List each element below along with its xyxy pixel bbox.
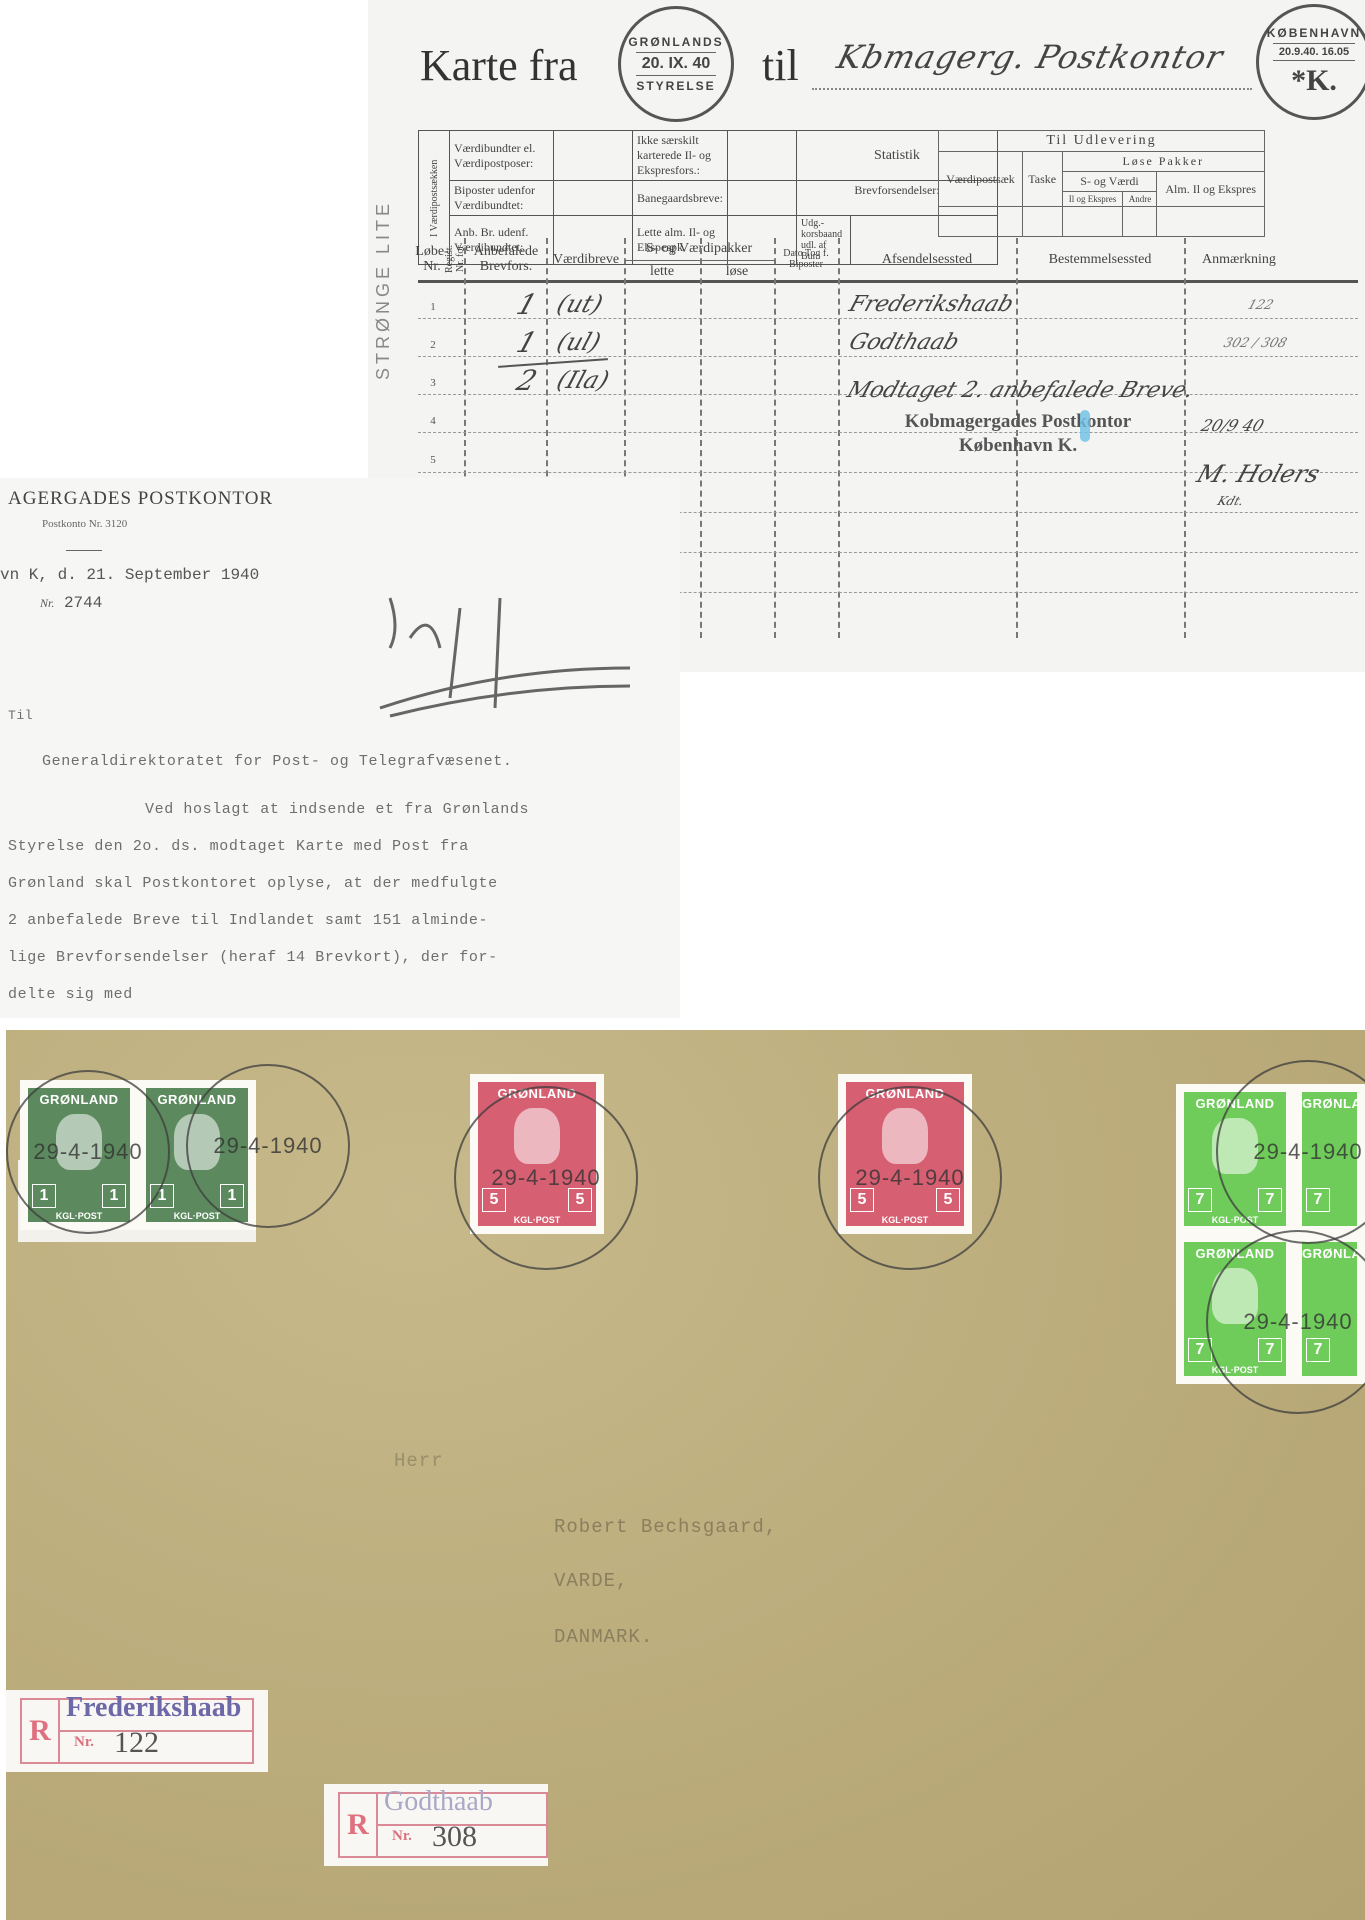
row-label: Ikke særskilt karterede Il- og Ekspresfo… [633,131,728,181]
label-frame: R Godthaab Nr. 308 [338,1792,548,1858]
salutation: Til [8,708,33,723]
stamp-value: 5 [568,1188,592,1212]
stamp-inscription: KGL·POST [846,1215,964,1225]
received-date: 20/9 40 [1199,416,1267,435]
stamp-value: 7 [1258,1188,1282,1212]
stamp-frame: GRØNLAND 7 7 KGL·POST [1184,1242,1286,1376]
stamp-country: GRØNLAND [28,1092,130,1107]
origin-place: Frederikshaab [66,1692,241,1724]
dateline: vn K, d. 21. September 1940 [0,566,259,584]
stamp-value: 1 [220,1184,244,1208]
recipient: Generaldirektoratet for Post- og Telegra… [42,753,512,770]
udlevering-header: Til Udlevering [939,131,1265,152]
stamp: GRØNLAND 7 7 KGL·POST [1176,1234,1294,1384]
postmark-ring: KØBENHAVN [1267,26,1361,40]
afsendelsessted-value: Godthaab [846,330,962,355]
anmaerkning-value: 122 [1246,298,1276,313]
stamp-value: 7 [1258,1338,1282,1362]
stamp-country: GRØNLAND [478,1086,596,1101]
kobenhavn-postmark: KØBENHAVN 20.9.40. 16.05 *K. [1256,4,1365,120]
body-line: lige Brevforsendelser (heraf 14 Brevkort… [8,949,498,966]
registered-r-icon: R [22,1700,60,1762]
stamp-inscription: KGL·POST [28,1211,130,1221]
stamp-inscription: KGL·POST [478,1215,596,1225]
nr-label: Nr. [392,1828,412,1845]
anbefalede-value: 1 [513,288,542,321]
nr-value: 2744 [64,594,102,612]
stamp-value: 5 [850,1188,874,1212]
row-label: Banegaardsbreve: [633,181,728,216]
stamp-frame: GRØNLAND 7 [1302,1242,1357,1376]
king-portrait-icon [1212,1118,1258,1174]
king-portrait-icon [882,1108,928,1164]
stamp-inscription: KGL·POST [1184,1215,1286,1225]
alm-il-ekspres-header: Alm. Il og Ekspres [1157,172,1265,207]
registered-r-icon: R [340,1794,378,1856]
stamp-value: 7 [1306,1188,1330,1212]
stamp-country: GRØNLAND [1302,1246,1357,1261]
row-number: 4 [418,415,448,427]
organization-name: AGERGADES POSTKONTOR [8,488,273,510]
king-portrait-icon [1212,1268,1258,1324]
value-cell [1157,207,1265,237]
stamp-frame: GRØNLAND 7 [1302,1092,1357,1226]
stamp: GRØNLAND 1 1 KGL·POST [138,1080,256,1230]
header-vaerdibreve: Værdibreve [548,238,624,280]
destination-handwritten: Kbmagerg. Postkontor [833,38,1227,76]
s-og-vaerdi-header: S- og Værdi [1062,172,1157,192]
body-line: Ved hoslagt at indsende et fra Grønlands [145,801,529,818]
andre-header: Andre [1123,192,1157,207]
type-value: (ut) [553,290,606,318]
header-lette: lette [624,260,700,281]
value-cell [554,131,633,181]
address-prefix: Herr [394,1450,444,1472]
gronlands-styrelse-postmark: GRØNLANDS 20. IX. 40 STYRELSE [618,6,734,122]
il-ekspres-header: Il og Ekspres [1062,192,1123,207]
anmaerkning-value: 302 / 308 [1222,336,1289,351]
address-line: Robert Bechsgaard, [554,1516,777,1538]
stamp: GRØNLAND 5 5 KGL·POST [838,1074,972,1234]
receiver-stamp-line2: København K. [848,434,1188,458]
header-lobe-nr: Løbe-Nr. [418,238,446,280]
postmark-date: 20.9.40. 16.05 [1273,43,1355,61]
stamp-value: 7 [1188,1338,1212,1362]
stamp: GRØNLAND 7 [1294,1234,1365,1384]
row-number: 1 [418,301,448,313]
header-regist-nr: Regist. Nr. for [446,238,464,280]
nr-label: Nr. [74,1734,94,1751]
postmark-ring-bottom: STYRELSE [636,79,715,93]
anbefalede-value: 2 [513,364,542,397]
destination-underline [812,88,1252,90]
address-line: VARDE, [554,1570,628,1592]
body-line: delte sig med [8,986,133,1003]
vertical-side-stamp: STRØNGE LITE [373,200,394,380]
king-portrait-icon [514,1108,560,1164]
karte-title: Karte fra [420,40,578,91]
stamp-value: 5 [482,1188,506,1212]
stamp: GRØNLAND 5 5 KGL·POST [470,1074,604,1234]
received-note: Modtaget 2. anbefalede Breve. [844,378,1197,403]
col-taske: Taske [1022,152,1062,207]
header-anbefalede: Anbefalede Brevfors. [466,238,546,280]
stamp-country: GRØNLAND [846,1086,964,1101]
row-number: 2 [418,339,448,351]
postmark-ring-top: GRØNLANDS [628,35,723,49]
column-divider [700,238,702,638]
body-line: Grønland skal Postkontoret oplyse, at de… [8,875,498,892]
lose-pakker-header: Løse Pakker [1062,152,1264,172]
stamp-value: 1 [102,1184,126,1208]
value-cell [1062,207,1123,237]
king-portrait-icon [56,1114,102,1170]
stamp-country: GRØNLAND [1184,1246,1286,1261]
receiver-stamp: Kobmagergades Postkontor København K. [848,410,1188,458]
grid-header: Løbe-Nr. Regist. Nr. for Anbefalede Brev… [418,238,1358,283]
signature-scrawl [370,578,650,728]
column-divider [774,238,776,638]
stamp-country: GRØNLAND [1302,1096,1357,1111]
postmark-letter: *K. [1291,64,1337,98]
header-anmaerkning: Anmærkning [1184,238,1294,280]
stamp: GRØNLAND 1 1 KGL·POST [20,1080,138,1230]
value-cell [939,207,1023,237]
nr-label: Nr. [40,596,54,610]
registered-envelope: GRØNLAND 1 1 KGL·POST GRØNLAND 1 1 KGL·P… [6,1030,1365,1920]
header-bestemmelsessted: Bestemmelsessted [1016,238,1184,280]
stamp-inscription: KGL·POST [1184,1365,1286,1375]
header-lose: løse [700,260,774,281]
afsendelsessted-value: Frederikshaab [846,292,1017,317]
label-frame: R Frederikshaab Nr. 122 [20,1698,254,1764]
reference-number: Nr. 2744 [40,594,102,612]
value-cell [1123,207,1157,237]
stamp-value: 7 [1306,1338,1330,1362]
registration-label: R Godthaab Nr. 308 [324,1784,548,1866]
body-line: 2 anbefalede Breve til Indlandet samt 15… [8,912,488,929]
anbefalede-value: 1 [513,326,542,359]
col-vaerdipostsaek: Værdipostsæk [939,152,1023,207]
value-cell [1022,207,1062,237]
stamp-frame: GRØNLAND 1 1 KGL·POST [28,1088,130,1222]
stamp-value: 1 [32,1184,56,1208]
karte-til-label: til [762,40,799,91]
registration-number: 308 [432,1820,477,1854]
stamp-frame: GRØNLAND 1 1 KGL·POST [146,1088,248,1222]
row-label: Værdibundter el. Værdipostposer: [450,131,554,181]
stamp-inscription: KGL·POST [146,1211,248,1221]
divider [66,550,102,551]
stamp-frame: GRØNLAND 5 5 KGL·POST [846,1082,964,1226]
stamp: GRØNLAND 7 7 KGL·POST [1176,1084,1294,1234]
stamp-frame: GRØNLAND 5 5 KGL·POST [478,1082,596,1226]
king-portrait-icon [174,1114,220,1170]
postkonto: Postkonto Nr. 3120 [42,518,127,530]
body-line: Styrelse den 2o. ds. modtaget Karte med … [8,838,469,855]
row-label: Biposter udenfor Værdibundtet: [450,181,554,216]
registration-label: R Frederikshaab Nr. 122 [6,1690,268,1772]
stamp: GRØNLAND 7 [1294,1084,1365,1234]
receiver-stamp-line1: Kobmagergades Postkontor [848,410,1188,434]
value-cell [554,181,633,216]
row-divider [418,318,1358,319]
row-number: 3 [418,377,448,389]
header-s-og-vaerdipakker: S- og Værdipakker [624,238,774,258]
row-number: 5 [418,454,448,466]
ink-mark [1080,410,1090,442]
row-divider [418,356,1358,357]
address-line: DANMARK. [554,1626,653,1648]
type-value: (Ila) [553,366,612,394]
type-value: (ul) [553,328,604,356]
stamp-country: GRØNLAND [146,1092,248,1107]
stamp-value: 5 [936,1188,960,1212]
column-divider [838,238,840,638]
cover-letter: AGERGADES POSTKONTOR Postkonto Nr. 3120 … [0,478,680,1018]
udlevering-table: Til Udlevering Værdipostsæk Taske Løse P… [938,130,1265,237]
value-cell [727,181,796,216]
value-cell [727,131,796,181]
signature-title: Kdt. [1216,494,1246,508]
stamp-value: 7 [1188,1188,1212,1212]
registration-number: 122 [114,1726,159,1760]
signature: M. Holers [1193,460,1323,488]
origin-place: Godthaab [384,1786,493,1818]
stamp-frame: GRØNLAND 7 7 KGL·POST [1184,1092,1286,1226]
stamp-value: 1 [150,1184,174,1208]
stamp-country: GRØNLAND [1184,1096,1286,1111]
header-afsendelsessted: Afsendelsessted [838,238,1016,280]
postmark-date: 20. IX. 40 [636,52,717,76]
header-dato-tog: Dato Tog f. Biposter [774,238,838,280]
